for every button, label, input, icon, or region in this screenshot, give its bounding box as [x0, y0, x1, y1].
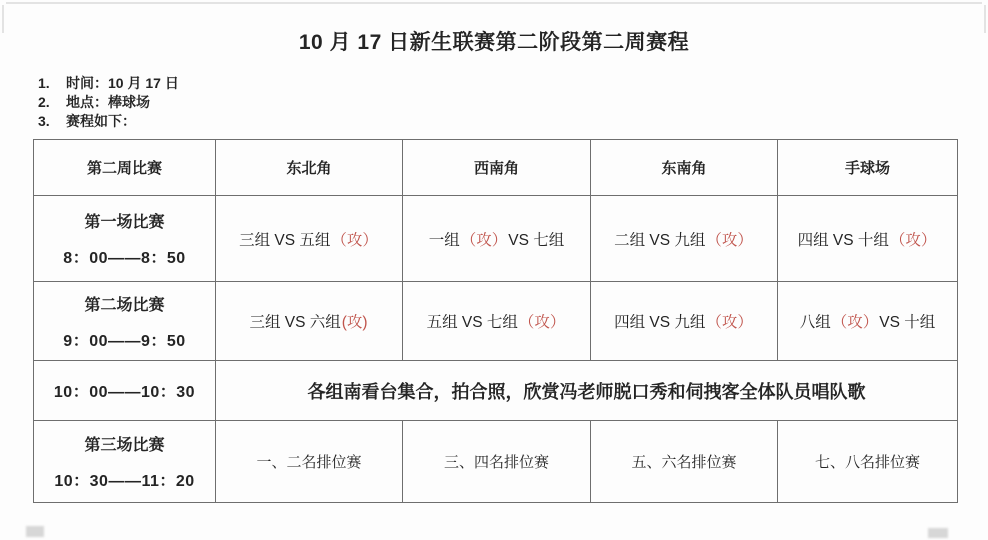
match-name: 第三场比赛: [84, 432, 164, 455]
column-header-southwest: 西南角: [403, 140, 591, 196]
match-cell: 四组 VS 九组（攻）: [591, 282, 778, 361]
table-row-match3: 第三场比赛 10：30——11：20 一、二名排位赛 三、四名排位赛 五、六名排…: [34, 421, 958, 503]
activity-cell: 各组南看台集合，拍合照，欣赏冯老师脱口秀和伺拽客全体队员唱队歌: [216, 361, 958, 421]
match-cell: 三组 VS 六组(攻): [216, 282, 403, 361]
note-text: 赛程如下：: [66, 112, 136, 131]
table-row-break: 10：00——10：30 各组南看台集合，拍合照，欣赏冯老师脱口秀和伺拽客全体队…: [34, 361, 958, 421]
match-time: 10：00——10：30: [38, 379, 211, 402]
note-number: 3.: [38, 112, 66, 131]
ranking-cell: 七、八名排位赛: [778, 421, 958, 503]
schedule-table: 第二周比赛 东北角 西南角 东南角 手球场 第一场比赛 8：00——8：50 三…: [33, 139, 958, 503]
match-label-cell: 第一场比赛 8：00——8：50: [34, 196, 216, 282]
match-cell: 一组（攻）VS 七组: [403, 196, 591, 282]
ranking-cell: 一、二名排位赛: [216, 421, 403, 503]
match-cell: 四组 VS 十组（攻）: [778, 196, 958, 282]
match-cell: 八组（攻）VS 十组: [778, 282, 958, 361]
scan-artifact-bottom-right: [928, 528, 948, 538]
note-text: 时间：10 月 17 日: [66, 74, 179, 93]
match-name: 第一场比赛: [84, 209, 164, 232]
note-text: 地点：棒球场: [66, 93, 150, 112]
table-row-match1: 第一场比赛 8：00——8：50 三组 VS 五组（攻） 一组（攻）VS 七组 …: [34, 196, 958, 282]
note-location: 2. 地点：棒球场: [38, 93, 988, 112]
note-number: 1.: [38, 74, 66, 93]
note-time: 1. 时间：10 月 17 日: [38, 74, 988, 93]
column-header-southeast: 东南角: [591, 140, 778, 196]
match-cell: 三组 VS 五组（攻）: [216, 196, 403, 282]
match-cell: 五组 VS 七组（攻）: [403, 282, 591, 361]
match-label-cell: 第二场比赛 9：00——9：50: [34, 282, 216, 361]
match-time: 10：30——11：20: [54, 468, 194, 491]
notes-list: 1. 时间：10 月 17 日 2. 地点：棒球场 3. 赛程如下：: [38, 74, 988, 131]
page-title: 10 月 17 日新生联赛第二阶段第二周赛程: [0, 26, 988, 56]
match-label-cell: 第三场比赛 10：30——11：20: [34, 421, 216, 503]
scan-edge-top: [6, 2, 982, 4]
match-label-cell: 10：00——10：30: [34, 361, 216, 421]
note-schedule: 3. 赛程如下：: [38, 112, 988, 131]
match-time: 9：00——9：50: [63, 328, 185, 351]
scan-artifact-bottom-left: [26, 526, 44, 537]
note-number: 2.: [38, 93, 66, 112]
scan-edge-right: [984, 5, 986, 33]
column-header-handball: 手球场: [778, 140, 958, 196]
match-time: 8：00——8：50: [63, 245, 185, 268]
header-row: 第二周比赛 东北角 西南角 东南角 手球场: [34, 140, 958, 196]
ranking-cell: 五、六名排位赛: [591, 421, 778, 503]
match-name: 第二场比赛: [84, 292, 164, 315]
ranking-cell: 三、四名排位赛: [403, 421, 591, 503]
column-header-week: 第二周比赛: [34, 140, 216, 196]
table-row-match2: 第二场比赛 9：00——9：50 三组 VS 六组(攻) 五组 VS 七组（攻）…: [34, 282, 958, 361]
scan-edge-left: [2, 5, 4, 33]
column-header-northeast: 东北角: [216, 140, 403, 196]
match-cell: 二组 VS 九组（攻）: [591, 196, 778, 282]
